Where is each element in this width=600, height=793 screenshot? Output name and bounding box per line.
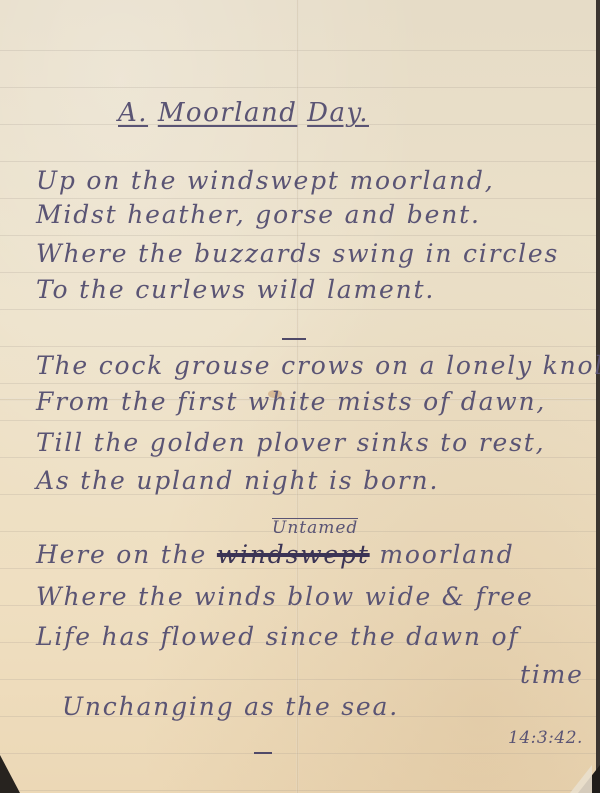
stanza-1-line-3: Where the buzzards swing in circles [36,239,559,268]
stanza-2-line-2: From the first white mists of dawn, [36,387,546,416]
title-word-moorland: Moorland [158,98,298,128]
handwritten-poem-page: A. Moorland Day. Up on the windswept moo… [0,0,600,793]
stanza-2-line-4: As the upland night is born. [36,466,439,495]
poem-title: A. Moorland Day. [118,98,369,128]
stanza-1-line-2: Midst heather, gorse and bent. [36,200,481,229]
stanza-3-line-1-end: moorland [370,540,515,569]
closing-dash [254,752,272,754]
stanza-1-line-1: Up on the windswept moorland, [36,166,494,195]
page-edge-right [596,0,600,793]
stanza-2-line-1: The cock grouse crows on a lonely knoll [36,351,600,380]
stanza-3-line-4: Unchanging as the sea. [62,692,399,721]
stanza-3-line-1-start: Here on the [36,540,217,569]
title-word-day: Day. [307,98,369,128]
stanza-1-line-4: To the curlews wild lament. [36,275,435,304]
stanza-2-line-3: Till the golden plover sinks to rest, [36,428,545,457]
struck-out-word: windswept [217,540,370,569]
stanza-3-line-3: Life has flowed since the dawn of [36,622,519,651]
folded-corner-bottom-right [570,765,592,793]
torn-corner-bottom-left [0,755,20,793]
stanza-3-line-1: Here on the windswept moorland [36,540,515,569]
stanza-3-line-3-continuation: time [520,660,584,689]
poem-date: 14:3:42. [508,728,583,748]
stanza-divider [282,338,306,340]
stanza-3-line-2: Where the winds blow wide & free [36,582,534,611]
inserted-word: Untamed [272,518,358,537]
title-word-a: A. [118,98,148,128]
